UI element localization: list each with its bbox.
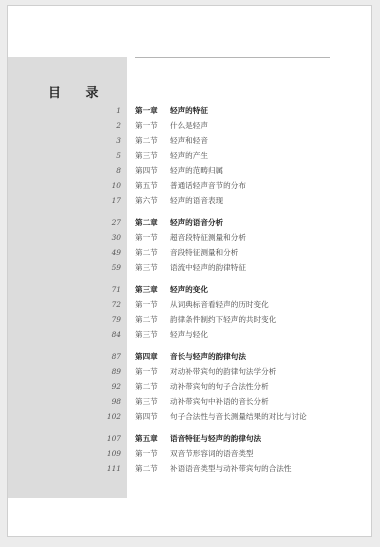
section-label: 第四节 xyxy=(135,163,158,178)
page-number: 27 xyxy=(91,215,121,230)
page-number: 72 xyxy=(91,297,121,312)
table-of-contents: 1 第一章 轻声的特征 2 第一节 什么是轻声 3 第二节 轻声和轻音 5 第三… xyxy=(8,103,373,476)
toc-section[interactable]: 8 第四节 轻声的范畴归属 xyxy=(8,163,373,178)
section-label: 第一节 xyxy=(135,297,158,312)
toc-section[interactable]: 10 第五节 普通话轻声音节的分布 xyxy=(8,178,373,193)
section-heading: 什么是轻声 xyxy=(170,118,208,133)
section-label: 第一节 xyxy=(135,118,158,133)
toc-section[interactable]: 59 第三节 语流中轻声的韵律特征 xyxy=(8,260,373,275)
section-heading: 语流中轻声的韵律特征 xyxy=(170,260,246,275)
chapter-heading: 语音特征与轻声的韵律句法 xyxy=(170,431,261,446)
toc-chapter-5[interactable]: 107 第五章 语音特征与轻声的韵律句法 xyxy=(8,431,373,446)
page-number: 71 xyxy=(91,282,121,297)
toc-chapter-1[interactable]: 1 第一章 轻声的特征 xyxy=(8,103,373,118)
section-heading: 轻声和轻音 xyxy=(170,133,208,148)
chapter-label: 第五章 xyxy=(135,431,158,446)
toc-section[interactable]: 109 第一节 双音节形容词的语音类型 xyxy=(8,446,373,461)
section-label: 第二节 xyxy=(135,245,158,260)
section-label: 第一节 xyxy=(135,446,158,461)
section-label: 第五节 xyxy=(135,178,158,193)
page-number: 84 xyxy=(91,327,121,342)
section-label: 第四节 xyxy=(135,409,158,424)
page-number: 102 xyxy=(91,409,121,424)
section-label: 第二节 xyxy=(135,461,158,476)
chapter-label: 第二章 xyxy=(135,215,158,230)
chapter-label: 第三章 xyxy=(135,282,158,297)
page-number: 111 xyxy=(91,461,121,476)
toc-chapter-4[interactable]: 87 第四章 音长与轻声的韵律句法 xyxy=(8,349,373,364)
section-heading: 超音段特征测量和分析 xyxy=(170,230,246,245)
page-number: 107 xyxy=(91,431,121,446)
section-heading: 轻声的产生 xyxy=(170,148,208,163)
toc-section[interactable]: 30 第一节 超音段特征测量和分析 xyxy=(8,230,373,245)
section-heading: 句子合法性与音长测量结果的对比与讨论 xyxy=(170,409,307,424)
toc-chapter-2[interactable]: 27 第二章 轻声的语音分析 xyxy=(8,215,373,230)
section-label: 第三节 xyxy=(135,327,158,342)
page-number: 5 xyxy=(91,148,121,163)
page-number: 92 xyxy=(91,379,121,394)
page-number: 98 xyxy=(91,394,121,409)
section-heading: 轻声的语音表现 xyxy=(170,193,223,208)
toc-section[interactable]: 3 第二节 轻声和轻音 xyxy=(8,133,373,148)
section-label: 第一节 xyxy=(135,364,158,379)
toc-section[interactable]: 49 第二节 音段特征测量和分析 xyxy=(8,245,373,260)
section-label: 第三节 xyxy=(135,260,158,275)
chapter-heading: 轻声的变化 xyxy=(170,282,208,297)
page-number: 87 xyxy=(91,349,121,364)
section-label: 第二节 xyxy=(135,133,158,148)
section-label: 第三节 xyxy=(135,394,158,409)
section-heading: 补语语音类型与动补带宾句的合法性 xyxy=(170,461,292,476)
toc-section[interactable]: 92 第二节 动补带宾句的句子合法性分析 xyxy=(8,379,373,394)
section-heading: 音段特征测量和分析 xyxy=(170,245,238,260)
page-number: 2 xyxy=(91,118,121,133)
section-heading: 普通话轻声音节的分布 xyxy=(170,178,246,193)
toc-section[interactable]: 84 第三节 轻声与轻化 xyxy=(8,327,373,342)
section-heading: 动补带宾句的句子合法性分析 xyxy=(170,379,269,394)
section-heading: 韵律条件制约下轻声的共时变化 xyxy=(170,312,276,327)
document-page: 目 录 1 第一章 轻声的特征 2 第一节 什么是轻声 3 第二节 轻声和轻音 … xyxy=(7,5,372,537)
chapter-heading: 轻声的特征 xyxy=(170,103,208,118)
chapter-heading: 轻声的语音分析 xyxy=(170,215,223,230)
chapter-label: 第一章 xyxy=(135,103,158,118)
section-heading: 从词典标音看轻声的历时变化 xyxy=(170,297,269,312)
section-label: 第一节 xyxy=(135,230,158,245)
page-number: 3 xyxy=(91,133,121,148)
section-heading: 轻声与轻化 xyxy=(170,327,208,342)
toc-title: 目 录 xyxy=(48,82,109,101)
page-number: 30 xyxy=(91,230,121,245)
chapter-heading: 音长与轻声的韵律句法 xyxy=(170,349,246,364)
section-heading: 动补带宾句中补语的音长分析 xyxy=(170,394,269,409)
toc-section[interactable]: 111 第二节 补语语音类型与动补带宾句的合法性 xyxy=(8,461,373,476)
section-label: 第三节 xyxy=(135,148,158,163)
toc-section[interactable]: 102 第四节 句子合法性与音长测量结果的对比与讨论 xyxy=(8,409,373,424)
section-label: 第六节 xyxy=(135,193,158,208)
toc-section[interactable]: 17 第六节 轻声的语音表现 xyxy=(8,193,373,208)
section-heading: 双音节形容词的语音类型 xyxy=(170,446,254,461)
page-number: 10 xyxy=(91,178,121,193)
page-number: 89 xyxy=(91,364,121,379)
toc-chapter-3[interactable]: 71 第三章 轻声的变化 xyxy=(8,282,373,297)
section-heading: 轻声的范畴归属 xyxy=(170,163,223,178)
page-number: 79 xyxy=(91,312,121,327)
toc-section[interactable]: 2 第一节 什么是轻声 xyxy=(8,118,373,133)
toc-section[interactable]: 98 第三节 动补带宾句中补语的音长分析 xyxy=(8,394,373,409)
header-rule xyxy=(135,57,330,58)
section-heading: 对动补带宾句的韵律句法学分析 xyxy=(170,364,276,379)
section-label: 第二节 xyxy=(135,379,158,394)
toc-section[interactable]: 79 第二节 韵律条件制约下轻声的共时变化 xyxy=(8,312,373,327)
page-number: 17 xyxy=(91,193,121,208)
page-number: 8 xyxy=(91,163,121,178)
chapter-label: 第四章 xyxy=(135,349,158,364)
toc-section[interactable]: 89 第一节 对动补带宾句的韵律句法学分析 xyxy=(8,364,373,379)
page-number: 1 xyxy=(91,103,121,118)
page-number: 109 xyxy=(91,446,121,461)
page-number: 49 xyxy=(91,245,121,260)
toc-section[interactable]: 5 第三节 轻声的产生 xyxy=(8,148,373,163)
page-number: 59 xyxy=(91,260,121,275)
toc-section[interactable]: 72 第一节 从词典标音看轻声的历时变化 xyxy=(8,297,373,312)
section-label: 第二节 xyxy=(135,312,158,327)
